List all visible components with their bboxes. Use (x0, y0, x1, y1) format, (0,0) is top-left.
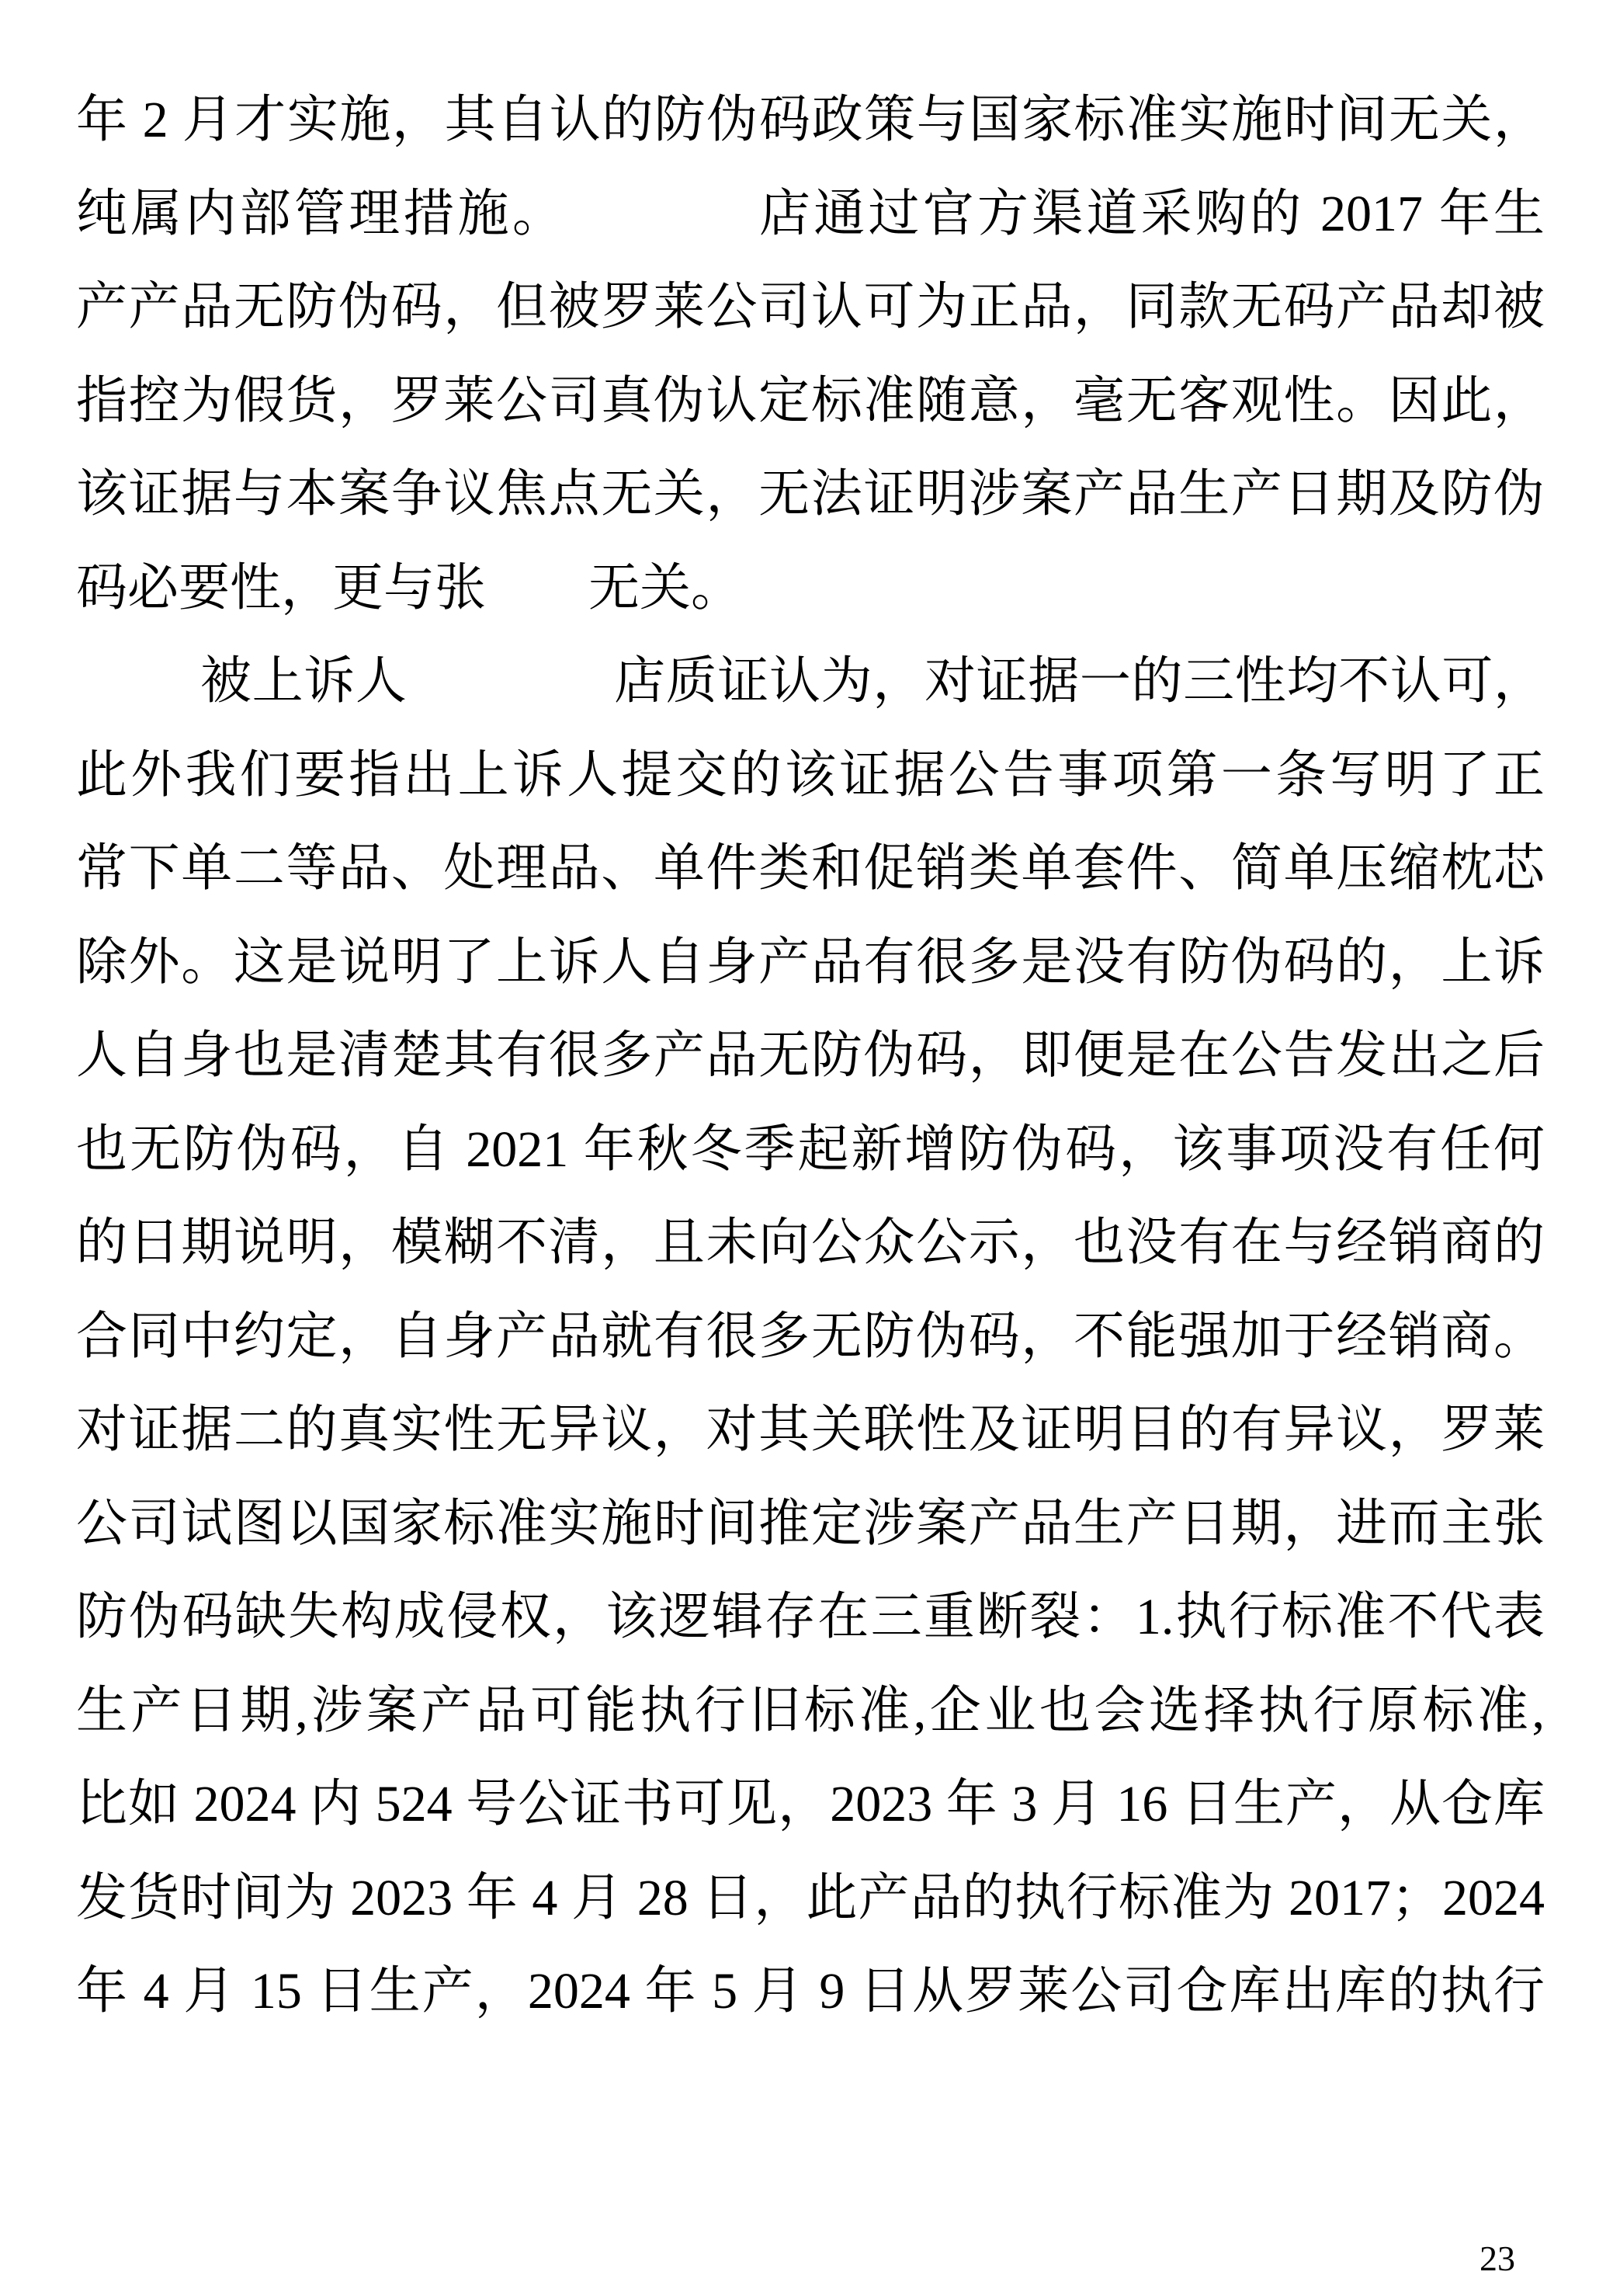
text-line: 此外我们要指出上诉人提交的该证据公告事项第一条写明了正 (76, 729, 1545, 823)
text-line: 产产品无防伪码，但被罗莱公司认可为正品，同款无码产品却被 (76, 261, 1545, 355)
text-line: 纯属内部管理措施。 店通过官方渠道采购的 2017 年生 (76, 168, 1545, 262)
text-line-paragraph-start: 被上诉人 店质证认为，对证据一的三性均不认可， (76, 635, 1545, 729)
document-canvas: 年 2 月才实施，其自认的防伪码政策与国家标准实施时间无关， 纯属内部管理措施。… (0, 0, 1620, 2296)
text-line: 发货时间为 2023 年 4 月 28 日，此产品的执行标准为 2017；202… (76, 1852, 1545, 1946)
text-line: 防伪码缺失构成侵权，该逻辑存在三重断裂：1.执行标准不代表 (76, 1571, 1545, 1665)
text-line: 公司试图以国家标准实施时间推定涉案产品生产日期，进而主张 (76, 1478, 1545, 1572)
document-page: { "doc": { "lines": [ { "text": "年 2 月才实… (0, 0, 1620, 2296)
text-line: 的日期说明，模糊不清，且未向公众公示，也没有在与经销商的 (76, 1197, 1545, 1290)
text-line-paragraph-end: 码必要性，更与张 无关。 (76, 542, 1545, 636)
text-line: 比如 2024 内 524 号公证书可见，2023 年 3 月 16 日生产，从… (76, 1758, 1545, 1852)
text-line: 年 2 月才实施，其自认的防伪码政策与国家标准实施时间无关， (76, 74, 1545, 168)
text-line: 该证据与本案争议焦点无关，无法证明涉案产品生产日期及防伪 (76, 448, 1545, 542)
text-line: 常下单二等品、处理品、单件类和促销类单套件、简单压缩枕芯 (76, 822, 1545, 916)
page-number: 23 (1480, 2239, 1515, 2278)
text-line: 也无防伪码，自 2021 年秋冬季起新增防伪码，该事项没有任何 (76, 1103, 1545, 1197)
text-line: 生产日期,涉案产品可能执行旧标准,企业也会选择执行原标准, (76, 1665, 1545, 1759)
text-line: 除外。这是说明了上诉人自身产品有很多是没有防伪码的，上诉 (76, 916, 1545, 1010)
text-line: 指控为假货，罗莱公司真伪认定标准随意，毫无客观性。因此， (76, 355, 1545, 449)
text-line: 对证据二的真实性无异议，对其关联性及证明目的有异议，罗莱 (76, 1384, 1545, 1478)
body-text: 年 2 月才实施，其自认的防伪码政策与国家标准实施时间无关， 纯属内部管理措施。… (76, 74, 1545, 2039)
text-line: 合同中约定，自身产品就有很多无防伪码，不能强加于经销商。 (76, 1290, 1545, 1384)
text-line: 人自身也是清楚其有很多产品无防伪码，即便是在公告发出之后 (76, 1009, 1545, 1103)
text-line: 年 4 月 15 日生产，2024 年 5 月 9 日从罗莱公司仓库出库的执行 (76, 1945, 1545, 2039)
